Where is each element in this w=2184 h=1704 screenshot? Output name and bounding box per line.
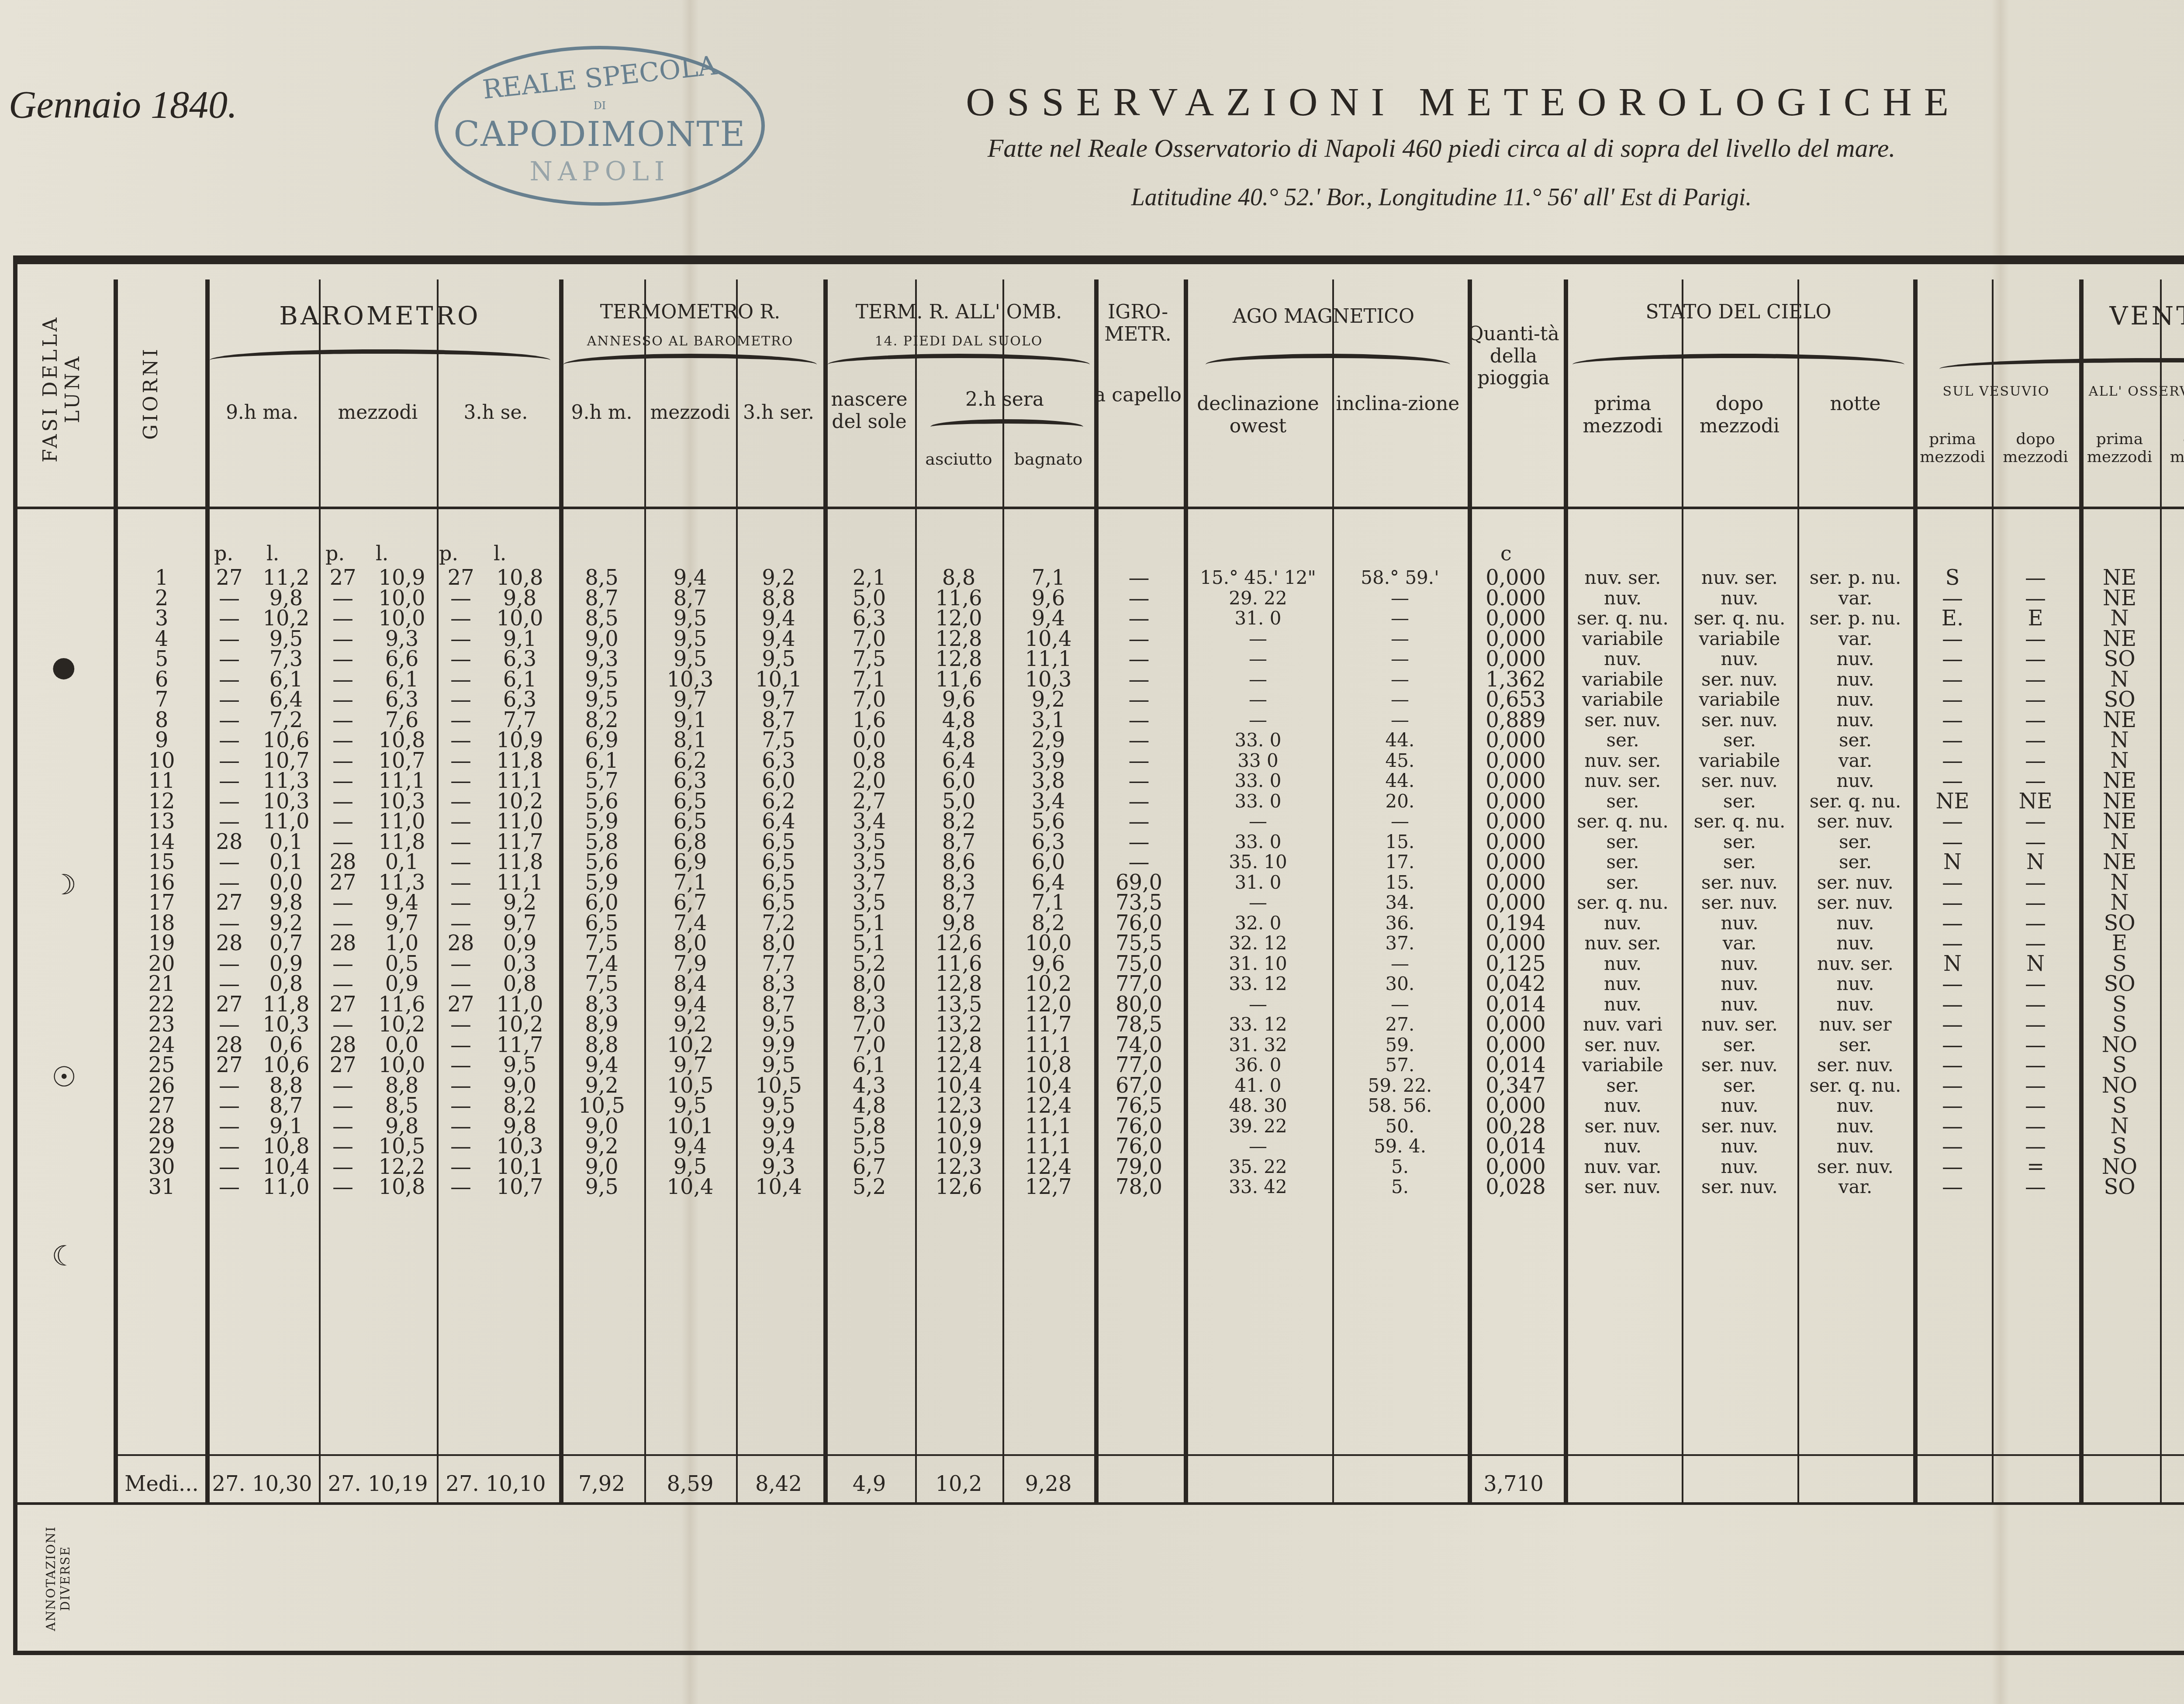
cell-cielo-prima: ser. q. nu. <box>1564 893 1682 913</box>
column-term-9h: 8,58,78,59,09,39,59,58,26,96,15,75,65,95… <box>559 568 644 1197</box>
cell-vento-vesuvio-prima: — <box>1913 913 1992 934</box>
cell-omb-nascere: 3,4 <box>823 811 915 832</box>
cell-term-3h: 6,2 <box>736 791 821 812</box>
cell-baro-3h-linee: 6,1 <box>485 669 555 690</box>
cell-igrometro: 76,0 <box>1094 1136 1184 1157</box>
cell-baro-mezzodi-linee: 10,0 <box>367 1055 437 1076</box>
cell-vento-vesuvio-dopo: — <box>1992 751 2079 771</box>
cell-cielo-notte: ser. p. nu. <box>1797 568 1913 588</box>
cell-cielo-notte: ser. <box>1797 730 1913 751</box>
cell-pioggia: 0,000 <box>1468 811 1564 832</box>
cell-vento-osserv-prima: N <box>2079 669 2160 690</box>
cell-baro-9h-pollici: 28 <box>205 933 253 954</box>
cell-cielo-notte: var. <box>1797 751 1913 771</box>
cell-term-mezzodi: 9,7 <box>644 690 736 710</box>
cell-omb-nascere: 0,0 <box>823 730 915 751</box>
cell-omb-asciutto: 12,8 <box>915 1035 1002 1056</box>
cell-term-3h: 7,7 <box>736 954 821 974</box>
mean-pioggia: 3,710 <box>1468 1472 1559 1496</box>
cell-inclinazione: 27. <box>1332 1014 1468 1035</box>
cell-day-number: 19 <box>118 933 205 954</box>
cell-baro-9h-pollici: — <box>205 913 253 934</box>
cell-baro-mezzodi-linee: 6,6 <box>367 649 437 669</box>
cell-baro-mezzodi-pollici: — <box>319 771 367 791</box>
cell-vento-osserv-dopo: N <box>2160 852 2184 873</box>
cell-term-mezzodi: 10,1 <box>644 1116 736 1137</box>
cell-baro-9h-pollici: — <box>205 1157 253 1177</box>
cell-omb-bagnato: 2,9 <box>1002 730 1094 751</box>
cell-vento-osserv-prima: SO <box>2079 649 2160 669</box>
cell-igrometro: — <box>1094 730 1184 751</box>
cell-baro-mezzodi-pollici: — <box>319 751 367 771</box>
cell-term-9h: 6,1 <box>559 751 644 771</box>
cell-omb-nascere: 5,0 <box>823 588 915 609</box>
cell-pioggia: 00,28 <box>1468 1116 1564 1137</box>
cell-igrometro: 73,5 <box>1094 893 1184 913</box>
full-moon-icon: ☉ <box>52 1061 76 1093</box>
cell-vento-vesuvio-dopo: — <box>1992 1014 2079 1035</box>
header-ago-magnetico: AGO MAGNETICO <box>1184 306 1463 328</box>
cell-pioggia: 0,125 <box>1468 954 1564 974</box>
mean-omb-bagnato: 9,28 <box>1002 1472 1094 1496</box>
cell-cielo-prima: ser. nuv. <box>1564 1177 1682 1197</box>
cell-baro-3h-linee: 6,3 <box>485 690 555 710</box>
cell-baro-9h-linee: 8,7 <box>253 1096 319 1116</box>
cell-cielo-notte: nuv. <box>1797 1116 1913 1137</box>
cell-pioggia: 1,362 <box>1468 669 1564 690</box>
column-baro-9h-pollici: 27————————————28——27—28——27—2827—————— <box>205 568 253 1197</box>
column-baro-9h-linee: 11,29,810,29,57,36,16,47,210,610,711,310… <box>253 568 319 1197</box>
last-quarter-icon: ☾ <box>52 1240 76 1273</box>
column-pioggia: 0,0000.0000,0000,0000,0001,3620,6530,889… <box>1468 568 1564 1197</box>
cell-pioggia: 0,014 <box>1468 1055 1564 1076</box>
cell-inclinazione: 57. <box>1332 1055 1468 1076</box>
cell-igrometro: 67,0 <box>1094 1076 1184 1096</box>
cell-vento-vesuvio-prima: — <box>1913 771 1992 791</box>
cell-igrometro: 80,0 <box>1094 994 1184 1015</box>
cell-term-9h: 6,0 <box>559 893 644 913</box>
cell-cielo-dopo: ser. nuv. <box>1682 893 1797 913</box>
new-moon-icon: ● <box>52 651 76 683</box>
cell-inclinazione: — <box>1332 994 1468 1015</box>
cell-igrometro: — <box>1094 751 1184 771</box>
cell-cielo-prima: nuv. <box>1564 1096 1682 1116</box>
cell-inclinazione: 36. <box>1332 913 1468 934</box>
cell-term-9h: 9,5 <box>559 1177 644 1197</box>
cell-cielo-notte: nuv. <box>1797 913 1913 934</box>
column-omb-nascere: 2,15,06,37,07,57,17,01,60,00,82,02,73,43… <box>823 568 915 1197</box>
cell-inclinazione: — <box>1332 608 1468 629</box>
cell-baro-3h-linee: 11,8 <box>485 852 555 873</box>
cell-omb-asciutto: 12,0 <box>915 608 1002 629</box>
cell-term-9h: 8,5 <box>559 608 644 629</box>
cell-baro-3h-linee: 9,2 <box>485 893 555 913</box>
cell-omb-nascere: 0,8 <box>823 751 915 771</box>
cell-baro-9h-pollici: — <box>205 751 253 771</box>
cell-omb-asciutto: 11,6 <box>915 669 1002 690</box>
cell-inclinazione: 5. <box>1332 1177 1468 1197</box>
cell-term-9h: 5,6 <box>559 852 644 873</box>
cell-vento-osserv-prima: SO <box>2079 913 2160 934</box>
cell-vento-osserv-prima: N <box>2079 608 2160 629</box>
cell-baro-9h-pollici: — <box>205 974 253 994</box>
cell-baro-3h-linee: 0,8 <box>485 974 555 994</box>
cell-omb-asciutto: 5,0 <box>915 791 1002 812</box>
cell-term-mezzodi: 6,5 <box>644 811 736 832</box>
cell-day-number: 21 <box>118 974 205 994</box>
cell-baro-9h-pollici: — <box>205 588 253 609</box>
cell-baro-9h-pollici: 28 <box>205 1035 253 1056</box>
cell-vento-vesuvio-prima: — <box>1913 1096 1992 1116</box>
cell-cielo-notte: nuv. <box>1797 669 1913 690</box>
cell-term-9h: 8,2 <box>559 710 644 731</box>
cell-cielo-prima: nuv. ser. <box>1564 568 1682 588</box>
cell-omb-asciutto: 8,8 <box>915 568 1002 588</box>
cell-baro-9h-linee: 0,8 <box>253 974 319 994</box>
cell-omb-nascere: 7,1 <box>823 669 915 690</box>
brace-icon <box>563 354 817 376</box>
cell-inclinazione: 59. 22. <box>1332 1076 1468 1096</box>
cell-baro-9h-pollici: — <box>205 1177 253 1197</box>
cell-term-3h: 9,3 <box>736 1157 821 1177</box>
cell-baro-mezzodi-pollici: — <box>319 1096 367 1116</box>
cell-baro-mezzodi-linee: 0,1 <box>367 852 437 873</box>
cell-vento-vesuvio-prima: — <box>1913 974 1992 994</box>
cell-vento-osserv-dopo: O <box>2160 954 2184 974</box>
cell-term-3h: 9,4 <box>736 608 821 629</box>
cell-day-number: 7 <box>118 690 205 710</box>
cell-term-3h: 6,0 <box>736 771 821 791</box>
cell-vento-vesuvio-dopo: — <box>1992 1136 2079 1157</box>
column-cielo-notte: ser. p. nu.var.ser. p. nu.var.nuv.nuv.nu… <box>1797 568 1913 1197</box>
cell-term-mezzodi: 6,2 <box>644 751 736 771</box>
cell-vento-vesuvio-dopo: E <box>1992 608 2079 629</box>
cell-cielo-prima: nuv. <box>1564 974 1682 994</box>
cell-omb-nascere: 5,5 <box>823 1136 915 1157</box>
column-cielo-prima: nuv. ser.nuv.ser. q. nu.variabilenuv.var… <box>1564 568 1682 1197</box>
cell-baro-3h-linee: 11,1 <box>485 873 555 893</box>
cell-vento-vesuvio-dopo: — <box>1992 730 2079 751</box>
first-quarter-icon: ☽ <box>52 869 76 901</box>
mean-omb-nascere: 4,9 <box>823 1472 915 1496</box>
cell-omb-asciutto: 8,7 <box>915 832 1002 852</box>
cell-vento-osserv-prima: S <box>2079 1136 2160 1157</box>
cell-cielo-notte: nuv. <box>1797 994 1913 1015</box>
cell-vento-osserv-prima: NE <box>2079 568 2160 588</box>
cell-igrometro: — <box>1094 771 1184 791</box>
cell-baro-3h-pollici: — <box>437 1055 485 1076</box>
cell-baro-mezzodi-linee: 9,3 <box>367 629 437 649</box>
cell-baro-mezzodi-pollici: — <box>319 588 367 609</box>
cell-omb-bagnato: 12,0 <box>1002 994 1094 1015</box>
cell-term-mezzodi: 8,1 <box>644 730 736 751</box>
cell-day-number: 20 <box>118 954 205 974</box>
cell-baro-mezzodi-pollici: — <box>319 690 367 710</box>
column-baro-3h-pollici: 27—————————————————28——27————————— <box>437 568 485 1197</box>
cell-baro-mezzodi-pollici: — <box>319 1177 367 1197</box>
cell-vento-vesuvio-dopo: — <box>1992 974 2079 994</box>
cell-pioggia: 0,000 <box>1468 751 1564 771</box>
cell-cielo-dopo: variabile <box>1682 690 1797 710</box>
cell-omb-asciutto: 12,8 <box>915 649 1002 669</box>
cell-baro-9h-linee: 6,4 <box>253 690 319 710</box>
brace-icon <box>930 419 1083 435</box>
cell-baro-9h-linee: 0,1 <box>253 852 319 873</box>
cell-omb-nascere: 1,6 <box>823 710 915 731</box>
header-fasi-luna: FASI DELLA LUNA <box>39 279 84 498</box>
cell-omb-bagnato: 3,4 <box>1002 791 1094 812</box>
cell-vento-osserv-dopo: NE <box>2160 811 2184 832</box>
cell-vento-vesuvio-dopo: NE <box>1992 791 2079 812</box>
mean-barometro-3h: 27. 10,10 <box>437 1472 555 1496</box>
cell-inclinazione: 44. <box>1332 730 1468 751</box>
cell-omb-asciutto: 10,4 <box>915 1076 1002 1096</box>
cell-term-mezzodi: 6,3 <box>644 771 736 791</box>
cell-declinazione: 36. 0 <box>1184 1055 1332 1076</box>
cell-omb-nascere: 7,0 <box>823 1035 915 1056</box>
cell-baro-mezzodi-pollici: — <box>319 974 367 994</box>
brace-icon <box>828 354 1090 376</box>
cell-cielo-notte: nuv. <box>1797 1136 1913 1157</box>
cell-term-mezzodi: 9,5 <box>644 629 736 649</box>
cell-vento-osserv-dopo: O <box>2160 1096 2184 1116</box>
cell-day-number: 30 <box>118 1157 205 1177</box>
cell-cielo-prima: nuv. <box>1564 994 1682 1015</box>
page-title: OSSERVAZIONI METEOROLOGICHE <box>895 79 2031 125</box>
cell-term-9h: 7,5 <box>559 933 644 954</box>
cell-term-9h: 9,5 <box>559 690 644 710</box>
cell-baro-3h-pollici: — <box>437 730 485 751</box>
cell-term-9h: 8,9 <box>559 1014 644 1035</box>
cell-baro-3h-pollici: 27 <box>437 994 485 1015</box>
cell-cielo-prima: ser. nuv. <box>1564 710 1682 731</box>
cell-omb-asciutto: 6,0 <box>915 771 1002 791</box>
cell-baro-mezzodi-pollici: — <box>319 1076 367 1096</box>
cell-omb-bagnato: 11,1 <box>1002 1136 1094 1157</box>
cell-day-number: 10 <box>118 751 205 771</box>
cell-baro-mezzodi-pollici: — <box>319 913 367 934</box>
cell-cielo-notte: ser. nuv. <box>1797 873 1913 893</box>
cell-vento-osserv-dopo: NE <box>2160 710 2184 731</box>
cell-vento-osserv-dopo: NE <box>2160 791 2184 812</box>
cell-baro-9h-pollici: — <box>205 771 253 791</box>
cell-baro-9h-linee: 0,7 <box>253 933 319 954</box>
cell-cielo-dopo: nuv. <box>1682 649 1797 669</box>
cell-vento-vesuvio-dopo: — <box>1992 649 2079 669</box>
cell-cielo-prima: ser. <box>1564 791 1682 812</box>
cell-omb-nascere: 2,1 <box>823 568 915 588</box>
cell-omb-nascere: 4,3 <box>823 1076 915 1096</box>
column-baro-3h-linee: 10,89,810,09,16,36,16,37,710,911,811,110… <box>485 568 555 1197</box>
cell-cielo-dopo: ser. nuv. <box>1682 771 1797 791</box>
cell-vento-osserv-dopo: S <box>2160 913 2184 934</box>
cell-igrometro: 75,0 <box>1094 954 1184 974</box>
cell-baro-mezzodi-linee: 10,9 <box>367 568 437 588</box>
cell-inclinazione: 5. <box>1332 1157 1468 1177</box>
cell-baro-3h-linee: 9,8 <box>485 588 555 609</box>
cell-cielo-dopo: ser. <box>1682 791 1797 812</box>
cell-igrometro: — <box>1094 629 1184 649</box>
cell-baro-9h-pollici: — <box>205 1136 253 1157</box>
cell-term-mezzodi: 9,5 <box>644 1157 736 1177</box>
cell-omb-asciutto: 12,6 <box>915 1177 1002 1197</box>
cell-baro-3h-linee: 10,0 <box>485 608 555 629</box>
column-cielo-dopo: nuv. ser.nuv.ser. q. nu.variabilenuv.ser… <box>1682 568 1797 1197</box>
cell-omb-asciutto: 8,2 <box>915 811 1002 832</box>
cell-baro-9h-linee: 0,9 <box>253 954 319 974</box>
cell-vento-vesuvio-dopo: — <box>1992 811 2079 832</box>
column-declinazione: 15.° 45.' 12"29. 2231. 0—————33. 033 033… <box>1184 568 1332 1197</box>
cell-baro-9h-linee: 9,5 <box>253 629 319 649</box>
cell-vento-vesuvio-prima: N <box>1913 852 1992 873</box>
cell-cielo-prima: nuv. ser. <box>1564 751 1682 771</box>
cell-baro-mezzodi-linee: 7,6 <box>367 710 437 731</box>
cell-pioggia: 0,000 <box>1468 568 1564 588</box>
cell-baro-mezzodi-linee: 10,0 <box>367 608 437 629</box>
cell-baro-3h-pollici: — <box>437 954 485 974</box>
cell-baro-9h-pollici: 27 <box>205 994 253 1015</box>
cell-baro-3h-pollici: — <box>437 669 485 690</box>
cell-day-number: 26 <box>118 1076 205 1096</box>
cell-cielo-notte: ser. <box>1797 852 1913 873</box>
cell-vento-vesuvio-dopo: — <box>1992 913 2079 934</box>
cell-baro-3h-linee: 7,7 <box>485 710 555 731</box>
cell-baro-3h-linee: 9,0 <box>485 1076 555 1096</box>
cell-cielo-prima: ser. <box>1564 852 1682 873</box>
cell-omb-nascere: 5,2 <box>823 954 915 974</box>
cell-day-number: 17 <box>118 893 205 913</box>
cell-term-9h: 8,7 <box>559 588 644 609</box>
cell-vento-vesuvio-prima: — <box>1913 832 1992 852</box>
cell-cielo-dopo: nuv. <box>1682 954 1797 974</box>
cell-declinazione: 31. 0 <box>1184 873 1332 893</box>
cell-term-mezzodi: 9,4 <box>644 568 736 588</box>
cell-baro-3h-linee: 11,1 <box>485 771 555 791</box>
cell-omb-nascere: 4,8 <box>823 1096 915 1116</box>
cell-term-3h: 7,5 <box>736 730 821 751</box>
cell-baro-3h-linee: 11,0 <box>485 994 555 1015</box>
column-vento-vesuvio-prima: S—E.————————NE——N————N——————————— <box>1913 568 1992 1197</box>
cell-inclinazione: 17. <box>1332 852 1468 873</box>
cell-vento-osserv-prima: NE <box>2079 811 2160 832</box>
cell-baro-mezzodi-pollici: 27 <box>319 873 367 893</box>
cell-baro-3h-linee: 11,7 <box>485 1035 555 1056</box>
cell-baro-mezzodi-pollici: 28 <box>319 852 367 873</box>
cell-cielo-dopo: ser. nuv. <box>1682 710 1797 731</box>
cell-term-9h: 5,8 <box>559 832 644 852</box>
cell-vento-vesuvio-prima: — <box>1913 1055 1992 1076</box>
cell-term-3h: 10,4 <box>736 1177 821 1197</box>
cell-vento-vesuvio-prima: — <box>1913 629 1992 649</box>
cell-igrometro: — <box>1094 811 1184 832</box>
cell-cielo-dopo: ser. <box>1682 832 1797 852</box>
cell-vento-osserv-dopo: NE <box>2160 690 2184 710</box>
cell-vento-vesuvio-prima: — <box>1913 730 1992 751</box>
cell-term-3h: 6,5 <box>736 893 821 913</box>
cell-term-3h: 9,5 <box>736 649 821 669</box>
cell-baro-9h-linee: 10,4 <box>253 1157 319 1177</box>
cell-baro-9h-linee: 11,0 <box>253 1177 319 1197</box>
cell-baro-9h-linee: 9,1 <box>253 1116 319 1137</box>
cell-baro-mezzodi-linee: 10,3 <box>367 791 437 812</box>
cell-cielo-prima: ser. nuv. <box>1564 1035 1682 1056</box>
cell-term-9h: 9,0 <box>559 1157 644 1177</box>
cell-declinazione: 33. 42 <box>1184 1177 1332 1197</box>
cell-baro-3h-linee: 0,9 <box>485 933 555 954</box>
cell-vento-vesuvio-dopo: N <box>1992 852 2079 873</box>
cell-cielo-notte: nuv. <box>1797 1096 1913 1116</box>
cell-day-number: 4 <box>118 629 205 649</box>
header-rule <box>17 507 2184 509</box>
cell-term-mezzodi: 6,7 <box>644 893 736 913</box>
cell-term-mezzodi: 9,7 <box>644 1055 736 1076</box>
cell-omb-bagnato: 11,1 <box>1002 1035 1094 1056</box>
cell-inclinazione: — <box>1332 954 1468 974</box>
cell-igrometro: — <box>1094 852 1184 873</box>
cell-omb-bagnato: 3,9 <box>1002 751 1094 771</box>
cell-pioggia: 0,000 <box>1468 629 1564 649</box>
cell-vento-vesuvio-prima: — <box>1913 1035 1992 1056</box>
cell-omb-asciutto: 11,6 <box>915 954 1002 974</box>
cell-cielo-dopo: nuv. <box>1682 994 1797 1015</box>
cell-term-3h: 8,0 <box>736 933 821 954</box>
cell-omb-bagnato: 9,6 <box>1002 954 1094 974</box>
cell-pioggia: 0,889 <box>1468 710 1564 731</box>
cell-baro-9h-pollici: 27 <box>205 568 253 588</box>
cell-cielo-notte: nuv. <box>1797 974 1913 994</box>
cell-omb-nascere: 8,3 <box>823 994 915 1015</box>
cell-baro-9h-linee: 7,2 <box>253 710 319 731</box>
cell-inclinazione: — <box>1332 690 1468 710</box>
cell-omb-bagnato: 8,2 <box>1002 913 1094 934</box>
cell-vento-vesuvio-dopo: — <box>1992 1055 2079 1076</box>
cell-omb-nascere: 7,0 <box>823 690 915 710</box>
cell-cielo-dopo: nuv. <box>1682 1096 1797 1116</box>
cell-term-mezzodi: 10,4 <box>644 1177 736 1197</box>
cell-vento-vesuvio-prima: — <box>1913 1177 1992 1197</box>
cell-baro-mezzodi-pollici: — <box>319 791 367 812</box>
cell-igrometro: — <box>1094 608 1184 629</box>
cell-vento-vesuvio-prima: — <box>1913 649 1992 669</box>
cell-omb-asciutto: 8,6 <box>915 852 1002 873</box>
cell-declinazione: — <box>1184 811 1332 832</box>
cell-baro-3h-pollici: — <box>437 629 485 649</box>
cell-pioggia: 0,000 <box>1468 1096 1564 1116</box>
cell-igrometro: — <box>1094 832 1184 852</box>
cell-igrometro: — <box>1094 588 1184 609</box>
cell-omb-asciutto: 12,8 <box>915 974 1002 994</box>
cell-inclinazione: — <box>1332 710 1468 731</box>
cell-baro-mezzodi-pollici: — <box>319 1136 367 1157</box>
cell-baro-mezzodi-linee: 0,5 <box>367 954 437 974</box>
observatory-stamp: REALE SPECOLA DI CAPODIMONTE NAPOLI <box>435 46 765 206</box>
cell-omb-asciutto: 13,2 <box>915 1014 1002 1035</box>
cell-vento-osserv-dopo: S <box>2160 1055 2184 1076</box>
cell-omb-asciutto: 4,8 <box>915 710 1002 731</box>
cell-baro-3h-linee: 9,7 <box>485 913 555 934</box>
cell-vento-osserv-prima: NO <box>2079 1157 2160 1177</box>
cell-baro-3h-linee: 11,0 <box>485 811 555 832</box>
cell-baro-9h-linee: 10,3 <box>253 1014 319 1035</box>
cell-baro-mezzodi-pollici: 28 <box>319 1035 367 1056</box>
cell-vento-osserv-dopo: N <box>2160 608 2184 629</box>
cell-term-9h: 8,5 <box>559 568 644 588</box>
cell-baro-mezzodi-linee: 6,1 <box>367 669 437 690</box>
cell-omb-bagnato: 6,3 <box>1002 832 1094 852</box>
cell-pioggia: 0,000 <box>1468 852 1564 873</box>
cell-inclinazione: — <box>1332 629 1468 649</box>
cell-declinazione: 48. 30 <box>1184 1096 1332 1116</box>
